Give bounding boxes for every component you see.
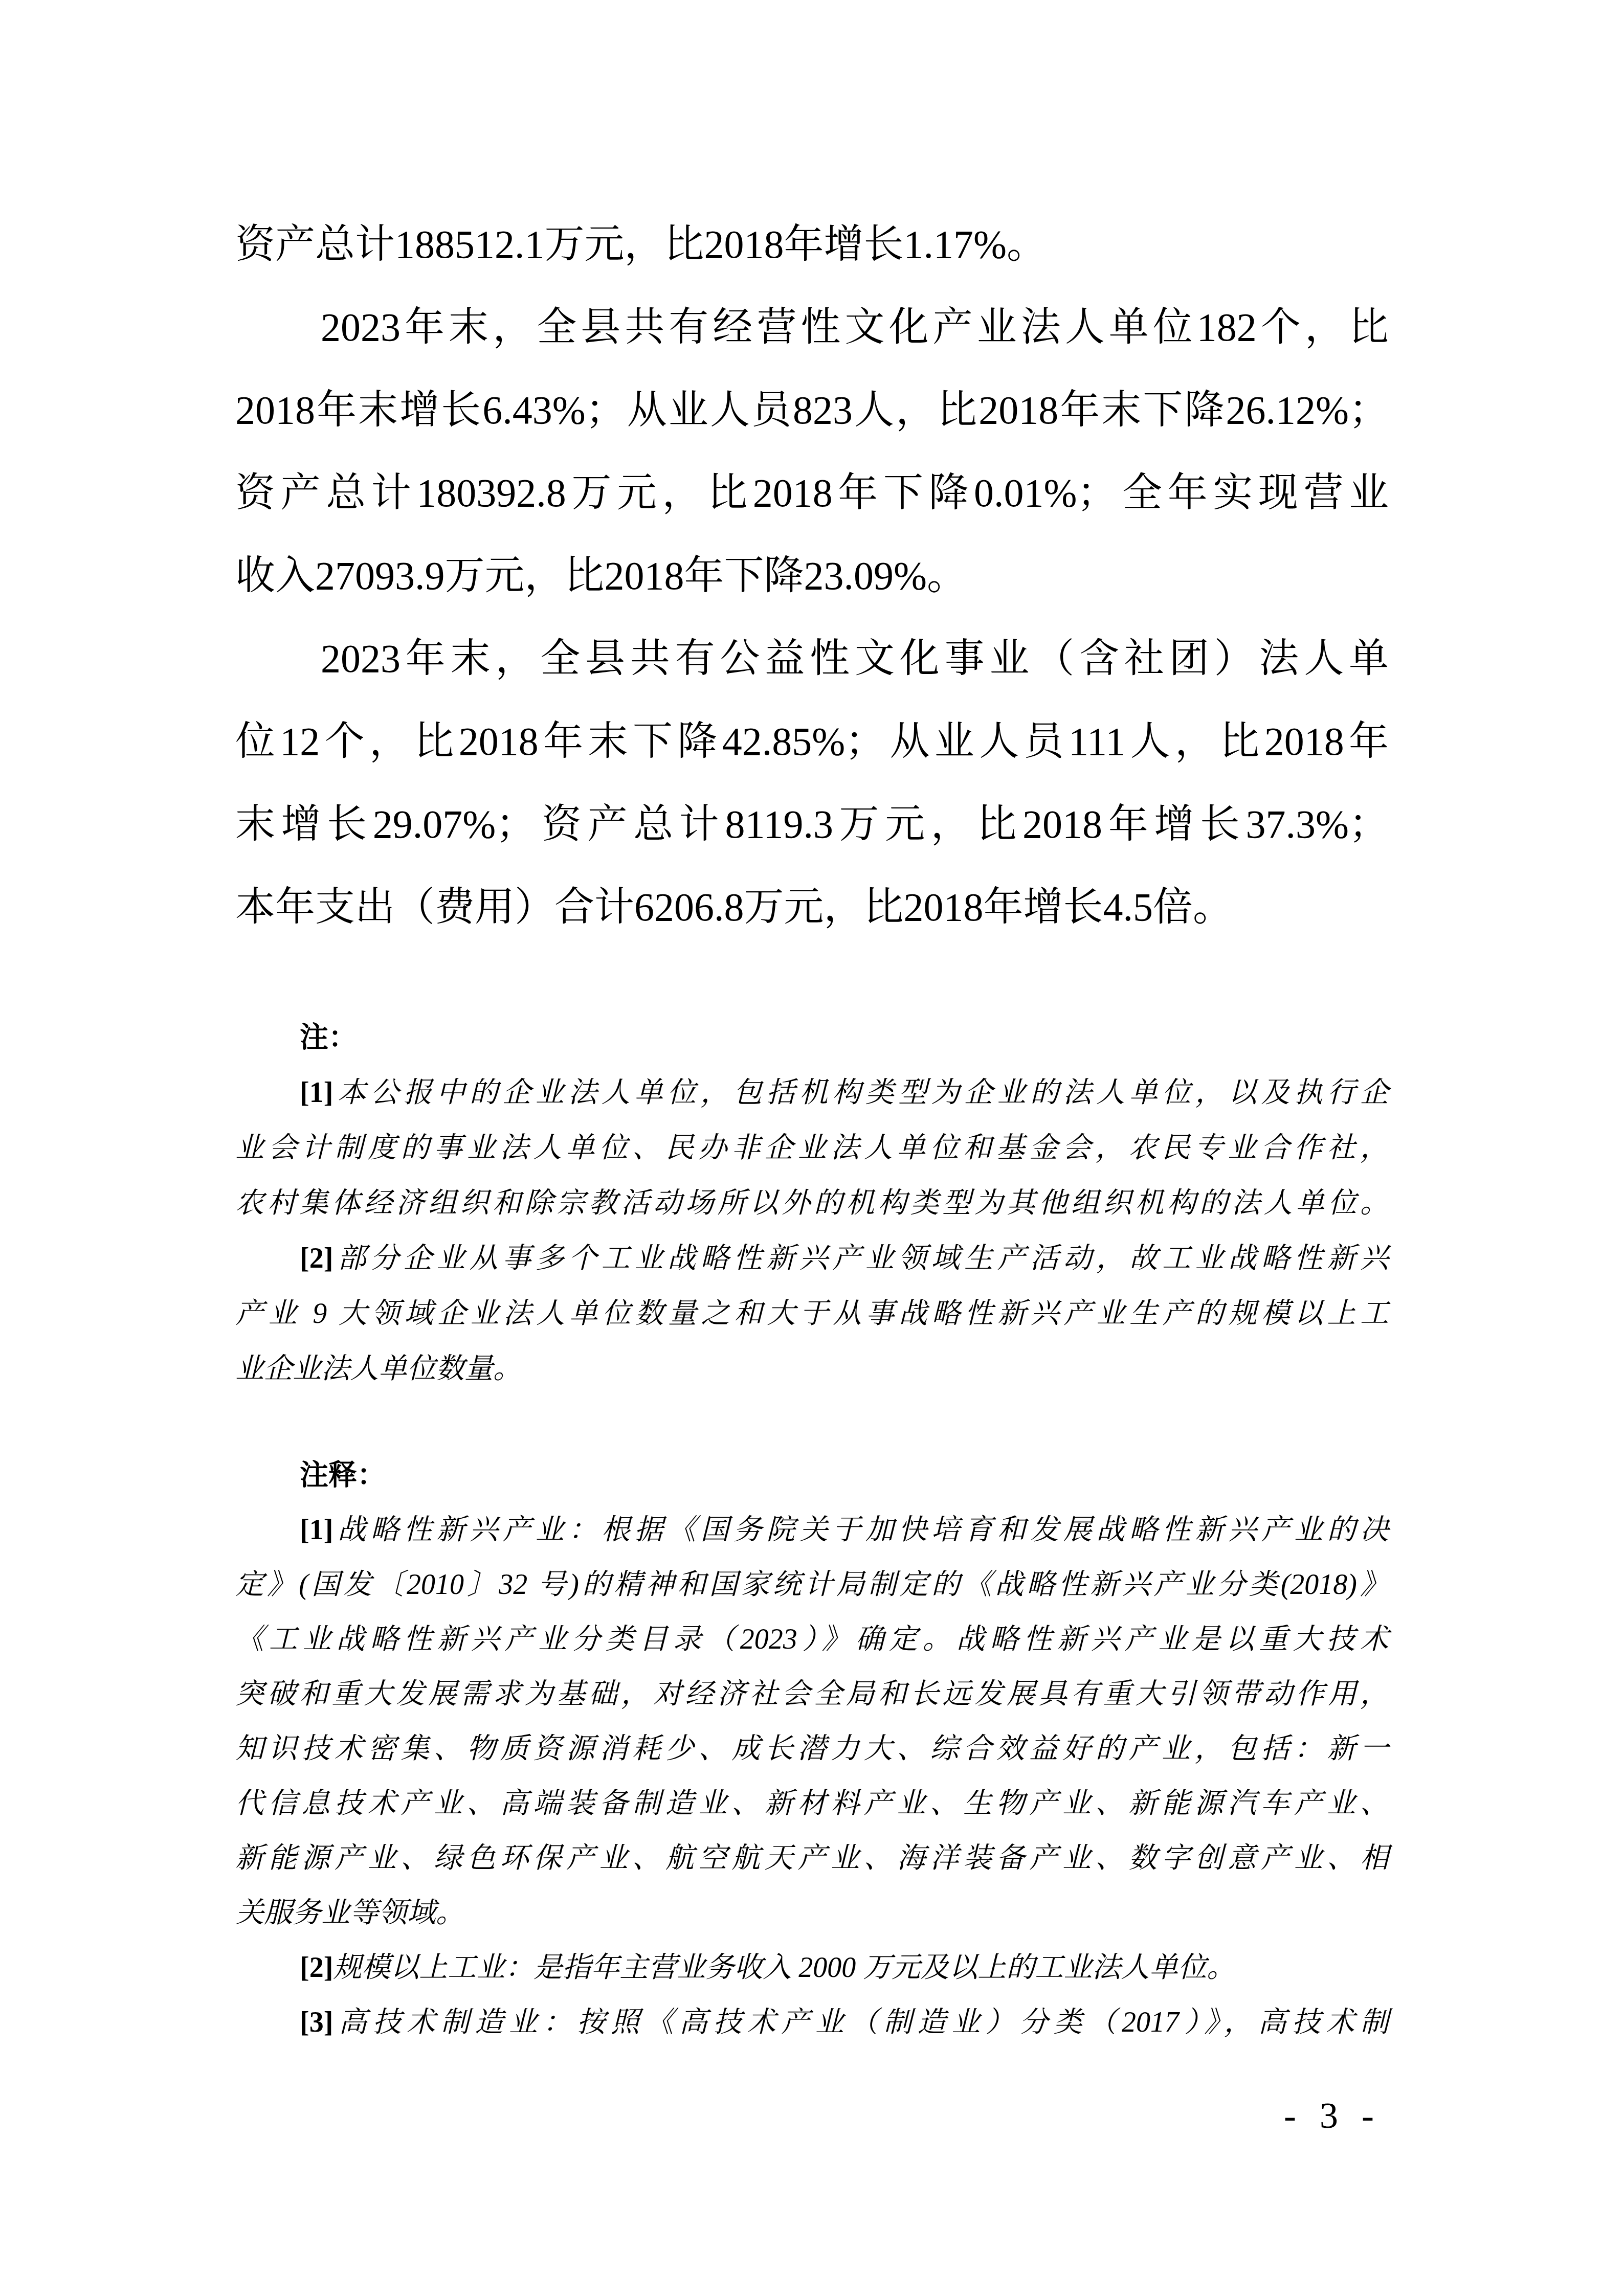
note-line: 业会计制度的事业法人单位、民办非企业法人单位和基金会，农民专业合作社，: [235, 1120, 1389, 1176]
note-line-text: 产业 9 大领域企业法人单位数量之和大于从事战略性新兴产业生产的规模以上工: [235, 1298, 1389, 1330]
note-line: [2]部分企业从事多个工业战略性新兴产业领域生产活动，故工业战略性新兴: [235, 1231, 1389, 1286]
annotation-number: [3]: [300, 2007, 333, 2038]
note-number: [1]: [300, 1077, 333, 1109]
annotation-line: [2]规模以上工业：是指年主营业务收入 2000 万元及以上的工业法人单位。: [235, 1941, 1389, 1995]
annotation-line-text: 高技术制造业：按照《高技术产业（制造业）分类（2017）》，高技术制: [333, 2007, 1389, 2038]
note-line: [1]本公报中的企业法人单位，包括机构类型为企业的法人单位，以及执行企: [235, 1065, 1389, 1120]
notes-heading: 注：: [235, 1010, 1389, 1065]
body-line: 末增长29.07%；资产总计8119.3万元，比2018年增长37.3%；: [235, 783, 1389, 866]
note-line: 业企业法人单位数量。: [235, 1341, 1389, 1397]
note-line-text: 业企业法人单位数量。: [235, 1353, 522, 1385]
annotation-line-text: 关服务业等领域。: [235, 1897, 464, 1929]
note-line: 农村集体经济组织和除宗教活动场所以外的机构类型为其他组织机构的法人单位。: [235, 1176, 1389, 1231]
note-number: [2]: [300, 1243, 333, 1274]
annotation-line-text: 战略性新兴产业：根据《国务院关于加快培育和发展战略性新兴产业的决: [333, 1514, 1389, 1546]
annotation-line-text: 定》(国发〔2010〕32 号)的精神和国家统计局制定的《战略性新兴产业分类(2…: [235, 1569, 1389, 1601]
body-line: 2018年末增长6.43%；从业人员823人，比2018年末下降26.12%；: [235, 369, 1389, 452]
annotation-line: 突破和重大发展需求为基础，对经济社会全局和长远发展具有重大引领带动作用，: [235, 1667, 1389, 1722]
annotation-line: 定》(国发〔2010〕32 号)的精神和国家统计局制定的《战略性新兴产业分类(2…: [235, 1558, 1389, 1612]
annotation-line: 知识技术密集、物质资源消耗少、成长潜力大、综合效益好的产业，包括：新一: [235, 1722, 1389, 1776]
note-line-text: 业会计制度的事业法人单位、民办非企业法人单位和基金会，农民专业合作社，: [235, 1132, 1389, 1164]
page-number: - 3 -: [1284, 2095, 1381, 2137]
document-page: 资产总计188512.1万元，比2018年增长1.17%。 2023年末，全县共…: [0, 0, 1624, 2296]
note-line-text: 部分企业从事多个工业战略性新兴产业领域生产活动，故工业战略性新兴: [333, 1243, 1389, 1274]
annotation-line-text: 规模以上工业：是指年主营业务收入 2000 万元及以上的工业法人单位。: [333, 1952, 1235, 1984]
body-line: 位12个，比2018年末下降42.85%；从业人员111人，比2018年: [235, 700, 1389, 783]
annotations-block: 注释： [1]战略性新兴产业：根据《国务院关于加快培育和发展战略性新兴产业的决 …: [235, 1448, 1389, 2050]
body-text-block: 资产总计188512.1万元，比2018年增长1.17%。 2023年末，全县共…: [235, 203, 1389, 949]
annotation-line: 关服务业等领域。: [235, 1886, 1389, 1941]
note-line-text: 本公报中的企业法人单位，包括机构类型为企业的法人单位，以及执行企: [333, 1077, 1389, 1109]
annotations-heading: 注释：: [235, 1448, 1389, 1503]
body-line: 本年支出（费用）合计6206.8万元，比2018年增长4.5倍。: [235, 866, 1389, 949]
annotation-number: [2]: [300, 1952, 333, 1984]
body-line: 2023年末，全县共有公益性文化事业（含社团）法人单: [235, 617, 1389, 700]
annotation-line: [3]高技术制造业：按照《高技术产业（制造业）分类（2017）》，高技术制: [235, 1995, 1389, 2050]
body-line: 收入27093.9万元，比2018年下降23.09%。: [235, 534, 1389, 617]
annotation-line: [1]战略性新兴产业：根据《国务院关于加快培育和发展战略性新兴产业的决: [235, 1503, 1389, 1558]
note-line: 产业 9 大领域企业法人单位数量之和大于从事战略性新兴产业生产的规模以上工: [235, 1286, 1389, 1341]
note-line-text: 农村集体经济组织和除宗教活动场所以外的机构类型为其他组织机构的法人单位。: [235, 1187, 1389, 1219]
body-line: 2023年末，全县共有经营性文化产业法人单位182个，比: [235, 286, 1389, 369]
annotation-line-text: 《工业战略性新兴产业分类目录（2023）》确定。战略性新兴产业是以重大技术: [235, 1624, 1389, 1655]
annotation-line-text: 突破和重大发展需求为基础，对经济社会全局和长远发展具有重大引领带动作用，: [235, 1678, 1389, 1710]
annotation-line: 新能源产业、绿色环保产业、航空航天产业、海洋装备产业、数字创意产业、相: [235, 1831, 1389, 1886]
annotation-line: 代信息技术产业、高端装备制造业、新材料产业、生物产业、新能源汽车产业、: [235, 1776, 1389, 1831]
body-line: 资产总计188512.1万元，比2018年增长1.17%。: [235, 203, 1389, 286]
annotation-number: [1]: [300, 1514, 333, 1546]
annotation-line-text: 代信息技术产业、高端装备制造业、新材料产业、生物产业、新能源汽车产业、: [235, 1788, 1389, 1819]
annotation-line-text: 新能源产业、绿色环保产业、航空航天产业、海洋装备产业、数字创意产业、相: [235, 1842, 1389, 1874]
annotation-line: 《工业战略性新兴产业分类目录（2023）》确定。战略性新兴产业是以重大技术: [235, 1612, 1389, 1667]
annotation-line-text: 知识技术密集、物质资源消耗少、成长潜力大、综合效益好的产业，包括：新一: [235, 1733, 1389, 1765]
notes-block: 注： [1]本公报中的企业法人单位，包括机构类型为企业的法人单位，以及执行企 业…: [235, 1010, 1389, 1397]
body-line: 资产总计180392.8万元，比2018年下降0.01%；全年实现营业: [235, 452, 1389, 534]
